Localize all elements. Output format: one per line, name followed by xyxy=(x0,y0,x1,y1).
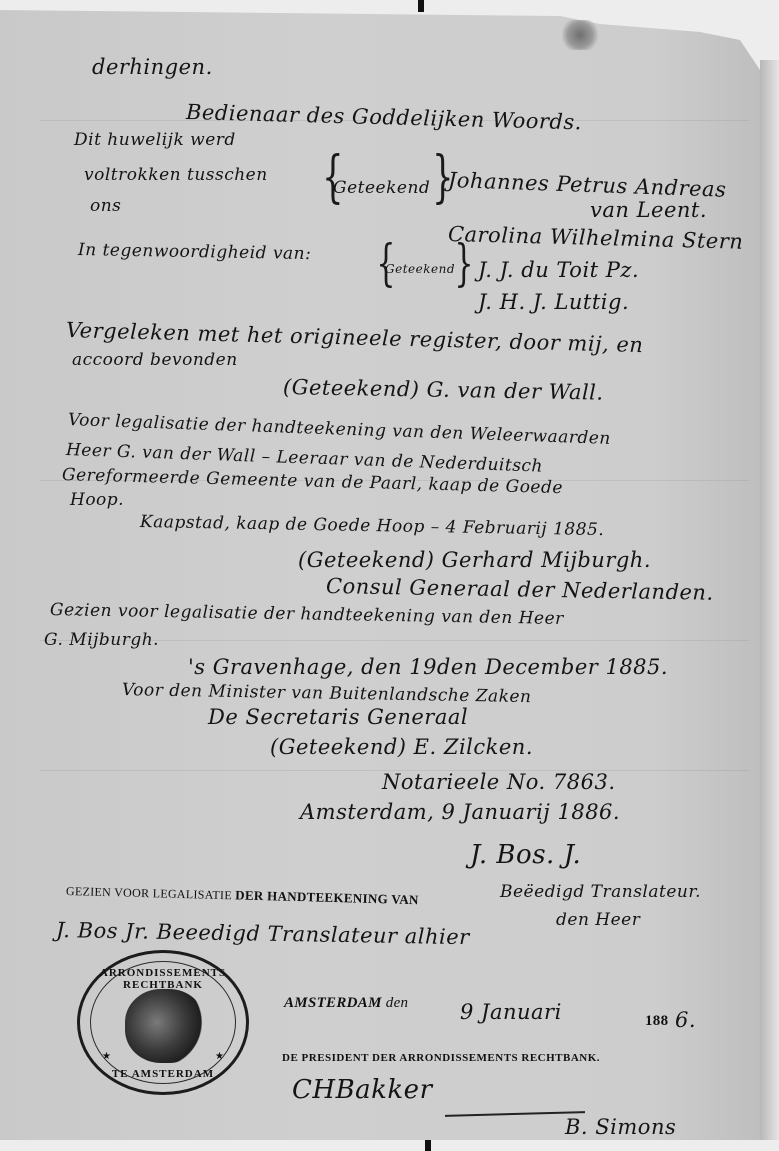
den-label: den xyxy=(386,995,409,1011)
star-icon: ★ xyxy=(215,1051,224,1062)
handwritten-line: Amsterdam, 9 Januarij 1886. xyxy=(300,800,620,824)
scan-marker-top xyxy=(418,0,424,12)
legalisation-heading-light: GEZIEN VOOR LEGALISATIE xyxy=(66,884,232,902)
president-signature: CHBakker xyxy=(292,1075,433,1105)
right-brace: } xyxy=(454,238,473,288)
star-icon: ★ xyxy=(102,1051,111,1062)
handwritten-line: Dit huwelijk werd xyxy=(74,130,236,150)
seal-text-top: ARRONDISSEMENTS RECHTBANK xyxy=(80,967,246,991)
seal-text-bottom: TE AMSTERDAM xyxy=(80,1068,246,1080)
place-label: AMSTERDAM xyxy=(284,995,382,1011)
handwritten-line: In tegenwoordigheid van: xyxy=(78,240,312,264)
signed-label: Geteekend xyxy=(385,262,455,276)
amsterdam-date-line: AMSTERDAM den xyxy=(284,995,408,1012)
handwritten-line: accoord bevonden xyxy=(72,350,238,370)
torn-corner-stain xyxy=(560,20,600,50)
coat-of-arms-emblem xyxy=(125,989,205,1063)
groom-surname: van Leent. xyxy=(590,198,707,222)
handwritten-line: derhingen. xyxy=(92,55,213,79)
witness-name: J. J. du Toit Pz. xyxy=(478,258,639,282)
translator-signature: J. Bos. J. xyxy=(470,840,581,870)
printed-year: 188 xyxy=(645,1013,668,1030)
handwritten-line: (Geteekend) E. Zilcken. xyxy=(270,735,533,759)
handwritten-line: G. Mijburgh. xyxy=(44,630,159,650)
handwritten-line: (Geteekend) Gerhard Mijburgh. xyxy=(298,548,651,572)
handwritten-line: ons xyxy=(90,196,121,216)
notarial-number: Notarieele No. 7863. xyxy=(382,770,616,794)
handwritten-line: den Heer xyxy=(556,910,640,930)
handwritten-date: 9 Januari xyxy=(460,1000,562,1024)
handwritten-line: voltrokken tusschen xyxy=(84,165,268,185)
court-seal: ARRONDISSEMENTS RECHTBANK ★ ★ TE AMSTERD… xyxy=(77,950,249,1095)
handwritten-line: De Secretaris Generaal xyxy=(208,705,468,729)
handwritten-year-digit: 6. xyxy=(675,1008,696,1032)
handwritten-line: Beëedigd Translateur. xyxy=(500,882,701,902)
page-edge-shadow xyxy=(760,60,779,1140)
handwritten-line: 's Gravenhage, den 19den December 1885. xyxy=(188,655,668,679)
president-line: DE PRESIDENT DER ARRONDISSEMENTS RECHTBA… xyxy=(282,1052,600,1064)
clerk-signature: B. Simons xyxy=(565,1115,676,1139)
handwritten-line: Hoop. xyxy=(70,490,124,510)
scan-marker-bottom xyxy=(425,1140,431,1151)
signed-label: Geteekend xyxy=(333,178,430,198)
witness-name: J. H. J. Luttig. xyxy=(478,290,629,314)
